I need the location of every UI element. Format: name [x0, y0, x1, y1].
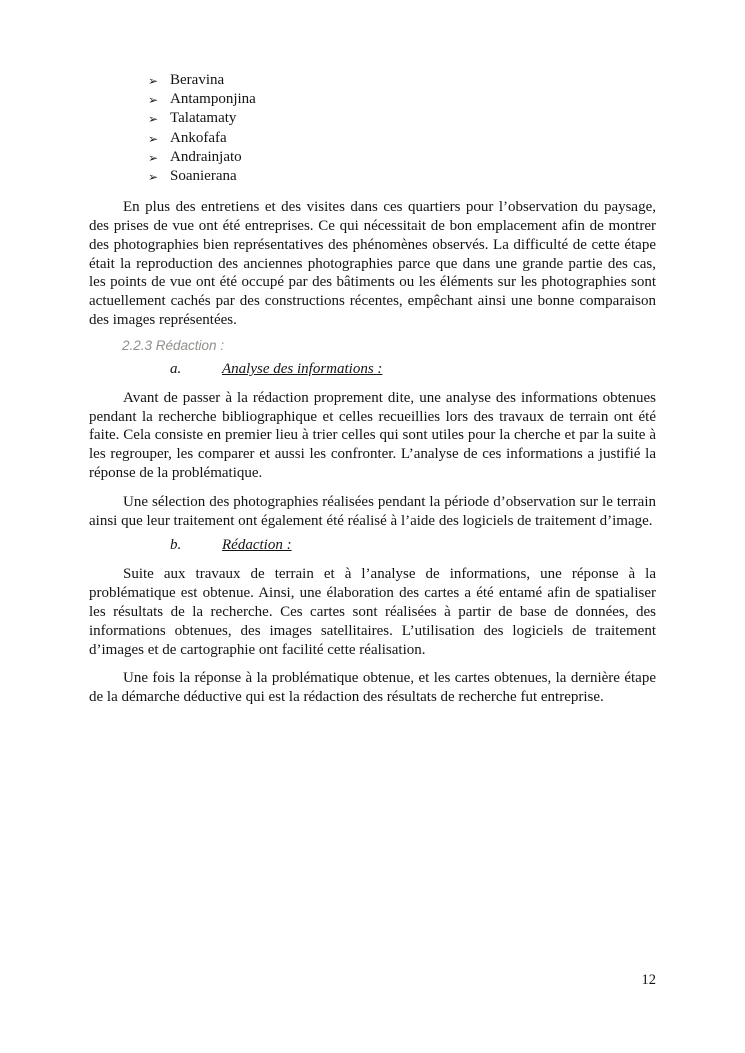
- paragraph-demarche: Une fois la réponse à la problématique o…: [89, 669, 656, 707]
- list-item-label: Ankofafa: [170, 130, 227, 146]
- paragraph-photographies: En plus des entretiens et des visites da…: [89, 198, 656, 330]
- sub-heading-label-redaction: Rédaction :: [222, 537, 292, 553]
- arrow-bullet-icon: ➢: [148, 149, 158, 168]
- arrow-bullet-icon: ➢: [148, 91, 158, 110]
- list-item: ➢Antamponjina: [89, 90, 656, 109]
- section-heading-redaction: 2.2.3 Rédaction :: [89, 337, 656, 354]
- paragraph-selection-photos: Une sélection des photographies réalisée…: [89, 493, 656, 531]
- paragraph-analyse: Avant de passer à la rédaction propremen…: [89, 389, 656, 483]
- arrow-bullet-icon: ➢: [148, 72, 158, 91]
- sub-heading-marker-a: a.: [170, 360, 222, 379]
- list-item: ➢Ankofafa: [89, 129, 656, 148]
- sub-heading-label-analyse: Analyse des informations :: [222, 361, 382, 377]
- quartier-list: ➢Beravina ➢Antamponjina ➢Talatamaty ➢Ank…: [89, 71, 656, 186]
- sub-heading-analyse: a.Analyse des informations :: [89, 360, 656, 379]
- list-item: ➢Soanierana: [89, 167, 656, 186]
- document-page: ➢Beravina ➢Antamponjina ➢Talatamaty ➢Ank…: [0, 0, 745, 1053]
- list-item-label: Beravina: [170, 72, 224, 88]
- list-item: ➢Beravina: [89, 71, 656, 90]
- arrow-bullet-icon: ➢: [148, 168, 158, 187]
- arrow-bullet-icon: ➢: [148, 110, 158, 129]
- list-item-label: Talatamaty: [170, 110, 236, 126]
- paragraph-cartes: Suite aux travaux de terrain et à l’anal…: [89, 565, 656, 659]
- page-content: ➢Beravina ➢Antamponjina ➢Talatamaty ➢Ank…: [89, 0, 656, 707]
- sub-heading-redaction: b.Rédaction :: [89, 536, 656, 555]
- list-item-label: Antamponjina: [170, 91, 256, 107]
- list-item-label: Andrainjato: [170, 149, 242, 165]
- sub-heading-marker-b: b.: [170, 536, 222, 555]
- list-item: ➢Talatamaty: [89, 109, 656, 128]
- arrow-bullet-icon: ➢: [148, 130, 158, 149]
- list-item-label: Soanierana: [170, 168, 237, 184]
- page-number: 12: [642, 971, 657, 989]
- list-item: ➢Andrainjato: [89, 148, 656, 167]
